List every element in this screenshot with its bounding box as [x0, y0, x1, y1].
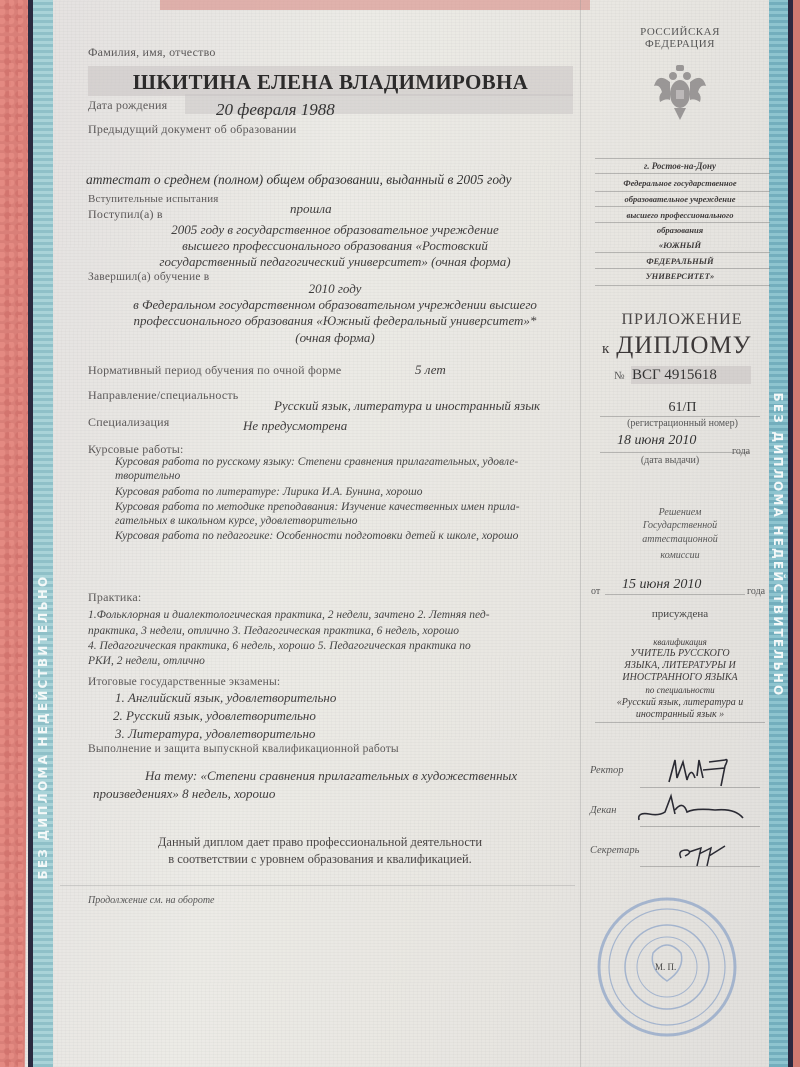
decision-line: комиссии [595, 550, 765, 561]
entrance-value: прошла [290, 201, 332, 217]
issue-date-caption: (дата выдачи) [600, 455, 740, 466]
coursework-line: Курсовая работа по литературе: Лирика И.… [115, 486, 422, 498]
qualification-line: УЧИТЕЛЬ РУССКОГО [595, 648, 765, 660]
left-security-strip [33, 0, 53, 1067]
prev-doc-value: аттестат о среднем (полном) общем образо… [86, 172, 512, 188]
exams-label: Итоговые государственные экзамены: [88, 676, 280, 688]
diploma-number: ВСГ 4915618 [632, 367, 717, 384]
institution-line: образовательное учреждение [590, 194, 770, 204]
specialty-line: «Русский язык, литература и [595, 697, 765, 709]
coursework-line: гательных в школьном курсе, удовлетворит… [115, 515, 358, 527]
issue-date: 18 июня 2010 [617, 433, 696, 449]
double-headed-eagle-icon [650, 62, 710, 122]
city: г. Ростов-на-Дону [590, 161, 770, 171]
institution-line: «ЮЖНЫЙ [590, 240, 770, 250]
entrance-label: Вступительные испытания [88, 193, 219, 205]
enrolled-line-2: высшего профессионального образования «Р… [95, 238, 575, 254]
decision-date: 15 июня 2010 [622, 577, 701, 593]
thesis-label: Выполнение и защита выпускной квалификац… [88, 743, 399, 755]
registration-number: 61/П [600, 400, 765, 416]
rule [640, 787, 760, 788]
period-label: Нормативный период обучения по очной фор… [88, 363, 341, 378]
rule [595, 173, 770, 174]
seal-placeholder-label: М. П. [655, 962, 676, 972]
practice-line: 4. Педагогическая практика, 6 недель, хо… [88, 640, 471, 652]
title-diplomu: ДИПЛОМУ [616, 332, 751, 359]
completed-line-2: профессионального образования «Южный фед… [95, 313, 575, 329]
rule [600, 452, 750, 453]
background-cloth-right [793, 0, 800, 1067]
rule [600, 416, 760, 417]
column-divider [580, 0, 581, 1067]
title-k: к [602, 341, 610, 357]
practice-line: РКИ, 2 недели, отлично [88, 655, 205, 667]
title-line-1: ПРИЛОЖЕНИЕ [592, 311, 772, 329]
direction-label: Направление/специальность [88, 388, 238, 403]
title-line-2: кДИПЛОМУ [602, 332, 782, 360]
institution-line: образования [590, 225, 770, 235]
coursework-line: творительно [115, 470, 180, 482]
qualification-line: ЯЗЫКА, ЛИТЕРАТУРЫ И [595, 660, 765, 672]
practice-line: практика, 3 недели, отлично 3. Педагогич… [88, 625, 459, 637]
decision-from: от [591, 586, 600, 597]
dob-label: Дата рождения [88, 98, 167, 113]
decision-line: аттестационной [595, 534, 765, 545]
decision-line: Государственной [595, 520, 765, 531]
coursework-line: Курсовая работа по русскому языку: Степе… [115, 456, 518, 468]
institution-line: высшего профессионального [590, 210, 770, 220]
practice-label: Практика: [88, 590, 141, 605]
dob-value: 20 февраля 1988 [216, 100, 335, 120]
notice-line: в соответствии с уровнем образования и к… [100, 851, 540, 868]
completed-line-1: в Федеральном государственном образовате… [95, 297, 575, 313]
right-security-strip-text: БЕЗ ДИПЛОМА НЕДЕЙСТВИТЕЛЬНО [771, 393, 785, 698]
continued-note: Продолжение см. на обороте [88, 895, 214, 906]
enrolled-line-3: государственный педагогический университ… [95, 254, 575, 270]
rule [595, 252, 770, 253]
period-value: 5 лет [415, 362, 446, 378]
exam-item: 3. Литература, удовлетворительно [115, 726, 315, 742]
exam-item: 2. Русский язык, удовлетворительно [113, 708, 316, 724]
exam-item: 1. Английский язык, удовлетворительно [115, 690, 336, 706]
rule [595, 158, 770, 159]
specialization-label: Специализация [88, 415, 169, 430]
fio-label: Фамилия, имя, отчество [88, 45, 216, 60]
direction-value: Русский язык, литература и иностранный я… [274, 398, 540, 414]
signature-role: Декан [590, 805, 616, 816]
decision-line: Решением [595, 507, 765, 518]
signature-role: Секретарь [590, 845, 639, 856]
qualification-label: квалификация [595, 637, 765, 649]
specialty-label: по специальности [595, 685, 765, 697]
rule [605, 594, 745, 595]
notice-line: Данный диплом дает право профессионально… [100, 834, 540, 851]
thesis-line: произведениях» 8 недель, хорошо [93, 786, 275, 802]
institution-line: УНИВЕРСИТЕТ» [590, 271, 770, 281]
signature-role: Ректор [590, 765, 624, 776]
coursework-line: Курсовая работа по методике преподавания… [115, 501, 520, 513]
notice-divider [60, 885, 575, 886]
enrolled-label: Поступил(а) в [88, 207, 163, 222]
registration-number-caption: (регистрационный номер) [600, 418, 765, 429]
institution-line: ФЕДЕРАЛЬНЫЙ [590, 256, 770, 266]
rector-signature [665, 752, 740, 792]
rule [595, 191, 770, 192]
country-line: ФЕДЕРАЦИЯ [605, 38, 755, 50]
rule [595, 268, 770, 269]
number-label: № [614, 370, 625, 382]
specialization-value: Не предусмотрена [243, 418, 347, 434]
rule [640, 826, 760, 827]
country-line: РОССИЙСКАЯ [605, 26, 755, 38]
rule [595, 285, 770, 286]
coursework-label: Курсовые работы: [88, 442, 184, 457]
awarded-text: присуждена [595, 608, 765, 620]
completed-line-3: (очная форма) [95, 330, 575, 346]
enrolled-line-1: 2005 году в государственное образователь… [95, 222, 575, 238]
rule [640, 866, 760, 867]
left-security-strip-text: БЕЗ ДИПЛОМА НЕДЕЙСТВИТЕЛЬНО [36, 575, 50, 880]
decision-year-suffix: года [747, 586, 765, 597]
specialty-line: иностранный язык » [595, 709, 765, 721]
rule [595, 722, 765, 723]
institution-line: Федеральное государственное [590, 178, 770, 188]
coursework-line: Курсовая работа по педагогике: Особеннос… [115, 530, 518, 542]
rule [595, 222, 770, 223]
practice-line: 1.Фольклорная и диалектологическая практ… [88, 609, 490, 621]
paper-top-edge [160, 0, 590, 10]
qualification-line: ИНОСТРАННОГО ЯЗЫКА [595, 672, 765, 684]
completed-year: 2010 году [95, 281, 575, 297]
prev-doc-label: Предыдущий документ об образовании [88, 122, 297, 137]
dean-signature [635, 790, 760, 830]
full-name: ШКИТИНА ЕЛЕНА ВЛАДИМИРОВНА [88, 70, 573, 95]
rule [595, 206, 770, 207]
thesis-line: На тему: «Степени сравнения прилагательн… [145, 768, 517, 784]
